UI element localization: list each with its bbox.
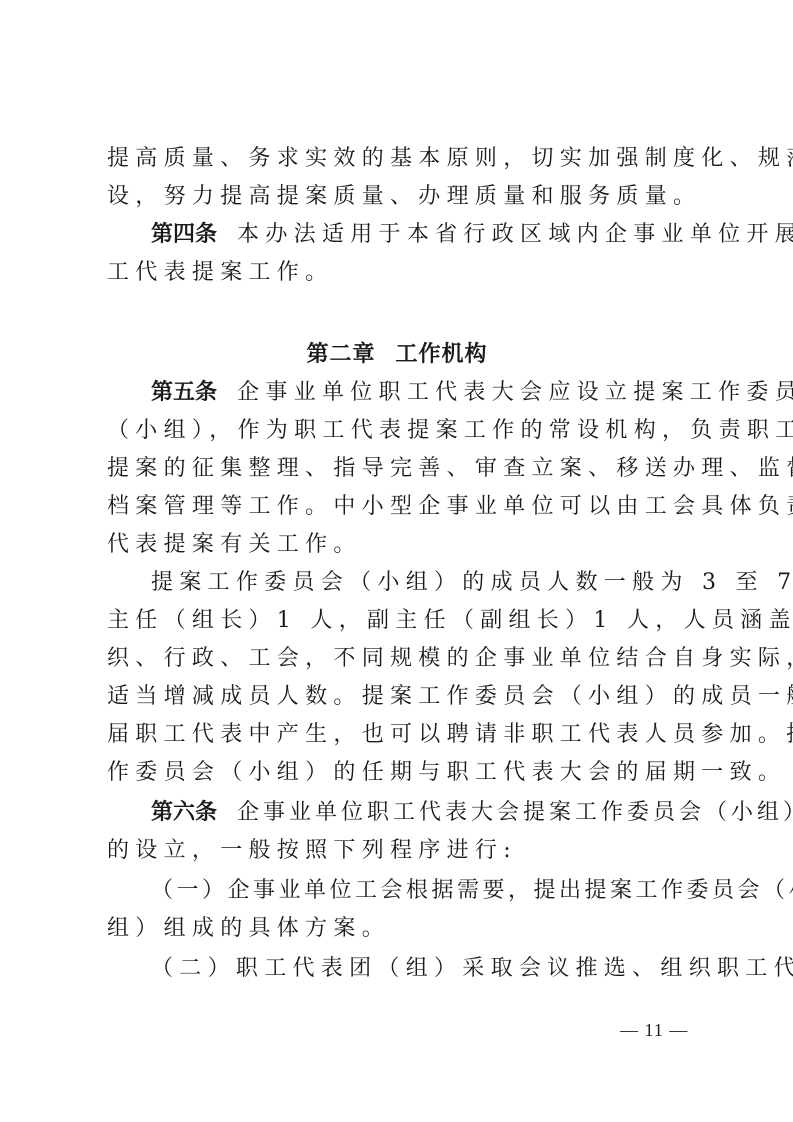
page-number: — 11 — (620, 1020, 688, 1041)
text-line: 提高质量、务求实效的基本原则，切实加强制度化、规范化建 (107, 140, 687, 178)
text-span: 本办法适用于本省行政区域内企事业单位开展职 (237, 222, 793, 247)
text-line: 提案工作委员会（小组）的成员人数一般为 3 至 7 人，设 (107, 564, 731, 602)
list-item-line: （一）企事业单位工会根据需要，提出提案工作委员会（小 (107, 872, 731, 910)
text-span: 企事业单位职工代表大会提案工作委员会（小组） (237, 800, 793, 825)
text-line: 档案管理等工作。中小型企事业单位可以由工会具体负责职工 (107, 488, 687, 526)
article-label: 第五条 (151, 380, 217, 405)
list-item-line: 组）组成的具体方案。 (107, 910, 687, 948)
text-line: 代表提案有关工作。 (107, 526, 687, 564)
article-4-line: 第四条本办法适用于本省行政区域内企事业单位开展职 (107, 216, 731, 254)
text-line: 提案的征集整理、指导完善、审查立案、移送办理、监督检查、 (107, 450, 687, 488)
article-label: 第六条 (151, 800, 217, 825)
article-5-line: 第五条企事业单位职工代表大会应设立提案工作委员会 (107, 374, 731, 412)
text-line: 工代表提案工作。 (107, 254, 687, 292)
article-6-line: 第六条企事业单位职工代表大会提案工作委员会（小组） (107, 794, 731, 832)
text-line: 主任（组长）1 人，副主任（副组长）1 人，人员涵盖单位党组 (107, 602, 687, 640)
text-line: 作委员会（小组）的任期与职工代表大会的届期一致。 (107, 754, 687, 792)
chapter-title: 工作机构 (396, 342, 488, 367)
chapter-number: 第二章 (306, 342, 375, 367)
text-line: 适当增减成员人数。提案工作委员会（小组）的成员一般在本 (107, 678, 687, 716)
list-item-line: （二）职工代表团（组）采取会议推选、组织职工代表和 (107, 950, 731, 988)
chapter-heading: 第二章工作机构 (107, 336, 687, 374)
text-line: 届职工代表中产生，也可以聘请非职工代表人员参加。提案工 (107, 716, 687, 754)
article-label: 第四条 (151, 222, 217, 247)
text-line: 的设立，一般按照下列程序进行: (107, 832, 687, 870)
text-line: （小组），作为职工代表提案工作的常设机构，负责职工代表 (107, 412, 687, 450)
text-span: 企事业单位职工代表大会应设立提案工作委员会 (237, 380, 793, 405)
text-line: 织、行政、工会，不同规模的企事业单位结合自身实际，可以 (107, 640, 687, 678)
text-line: 设，努力提高提案质量、办理质量和服务质量。 (107, 178, 687, 216)
